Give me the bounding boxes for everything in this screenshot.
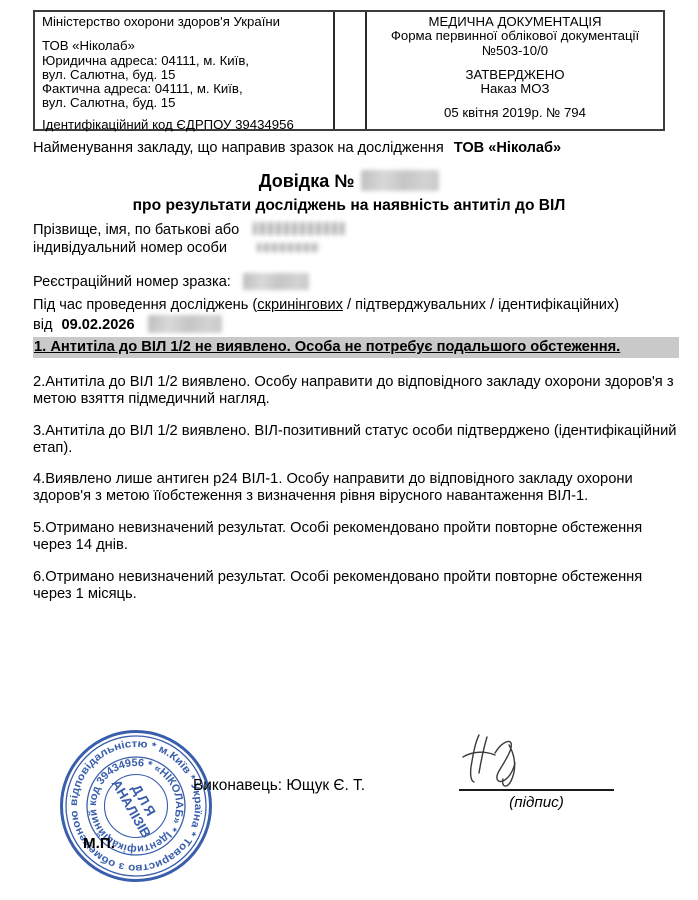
certificate-subtitle: про результати досліджень на наявність а… [0,197,698,215]
patient-name-label-1: Прізвище, імя, по батькові або [33,222,239,238]
executor-name: Ющук Є. Т. [286,777,365,794]
seal-place-mark: М.П. [83,835,115,852]
executor-line: Виконавець: Ющук Є. Т. [193,777,365,795]
research-date-row: від09.02.2026 [33,315,619,335]
research-suffix: / підтверджувальних / ідентифікаційних) [343,297,619,313]
result-option-2: 2.Антитіла до ВІЛ 1/2 виявлено. Особу на… [33,374,689,408]
sample-row: Реєстраційний номер зразка: [33,273,309,290]
form-line: Форма первинної облікової документації [373,29,657,43]
redacted-patient-name [253,222,345,235]
result-option-5: 5.Отримано невизначений результат. Особі… [33,520,689,554]
redacted-sample-number [243,273,309,290]
patient-id-row: індивідуальний номер особи [33,240,345,258]
order-label: Наказ МОЗ [373,82,657,96]
redacted-certificate-number [361,170,439,191]
facility-label: Найменування закладу, що направив зразок… [33,140,444,156]
result-options-list: 2.Антитіла до ВІЛ 1/2 виявлено. Особу на… [33,374,689,617]
order-date: 05 квітня 2019р. № 794 [373,106,657,120]
signature-caption: (підпис) [459,794,614,811]
patient-name-label-2: індивідуальний номер особи [33,240,227,256]
result-option-3: 3.Антитіла до ВІЛ 1/2 виявлено. ВІЛ-пози… [33,423,689,457]
certificate-title-text: Довідка № [259,171,355,191]
edrpou-code: Ідентифікаційний код ЄДРПОУ 39434956 [42,118,327,132]
document-page: Міністерство охорони здоров'я України ТО… [0,0,698,900]
patient-block: Прізвище, імя, по батькові або індивідуа… [33,222,345,257]
certificate-title: Довідка № [0,170,698,192]
header-middle-cell [335,12,367,129]
header-table: Міністерство охорони здоров'я України ТО… [33,10,665,131]
date-label: від [33,317,53,333]
result-option-4: 4.Виявлено лише антиген р24 ВІЛ-1. Особу… [33,471,689,505]
redacted-after-date [148,315,222,333]
facility-value: ТОВ «Ніколаб» [454,140,561,156]
sample-label: Реєстраційний номер зразка: [33,274,231,290]
date-value: 09.02.2026 [62,317,135,333]
handwritten-signature-icon [452,726,532,790]
form-number: №503-10/0 [373,44,657,58]
company-name: ТОВ «Ніколаб» [42,39,327,53]
research-row: Під час проведення досліджень (скринінго… [33,297,619,315]
executor-label: Виконавець: [193,777,282,794]
redacted-patient-id [257,243,319,252]
research-block: Під час проведення досліджень (скринінго… [33,297,619,334]
header-left-cell: Міністерство охорони здоров'я України ТО… [35,12,335,129]
ministry-line: Міністерство охорони здоров'я України [42,15,327,29]
approved-label: ЗАТВЕРДЖЕНО [373,68,657,82]
actual-address-line2: вул. Салютна, буд. 15 [42,96,327,110]
research-underlined: скринінгових [257,297,343,313]
research-prefix: Під час проведення досліджень ( [33,297,257,313]
patient-name-row: Прізвище, імя, по батькові або [33,222,345,240]
legal-address-line1: Юридична адреса: 04111, м. Київ, [42,54,327,68]
actual-address-line1: Фактична адреса: 04111, м. Київ, [42,82,327,96]
doc-type: МЕДИЧНА ДОКУМЕНТАЦІЯ [373,15,657,29]
result-option-1-highlighted: 1. Антитіла до ВІЛ 1/2 не виявлено. Особ… [33,337,679,358]
header-right-cell: МЕДИЧНА ДОКУМЕНТАЦІЯ Форма первинної обл… [367,12,663,129]
company-round-stamp-icon: відповідальністю * м.Київ * Україна * То… [58,728,214,884]
legal-address-line2: вул. Салютна, буд. 15 [42,68,327,82]
facility-line: Найменування закладу, що направив зразок… [33,140,561,156]
result-option-6: 6.Отримано невизначений результат. Особі… [33,569,689,603]
